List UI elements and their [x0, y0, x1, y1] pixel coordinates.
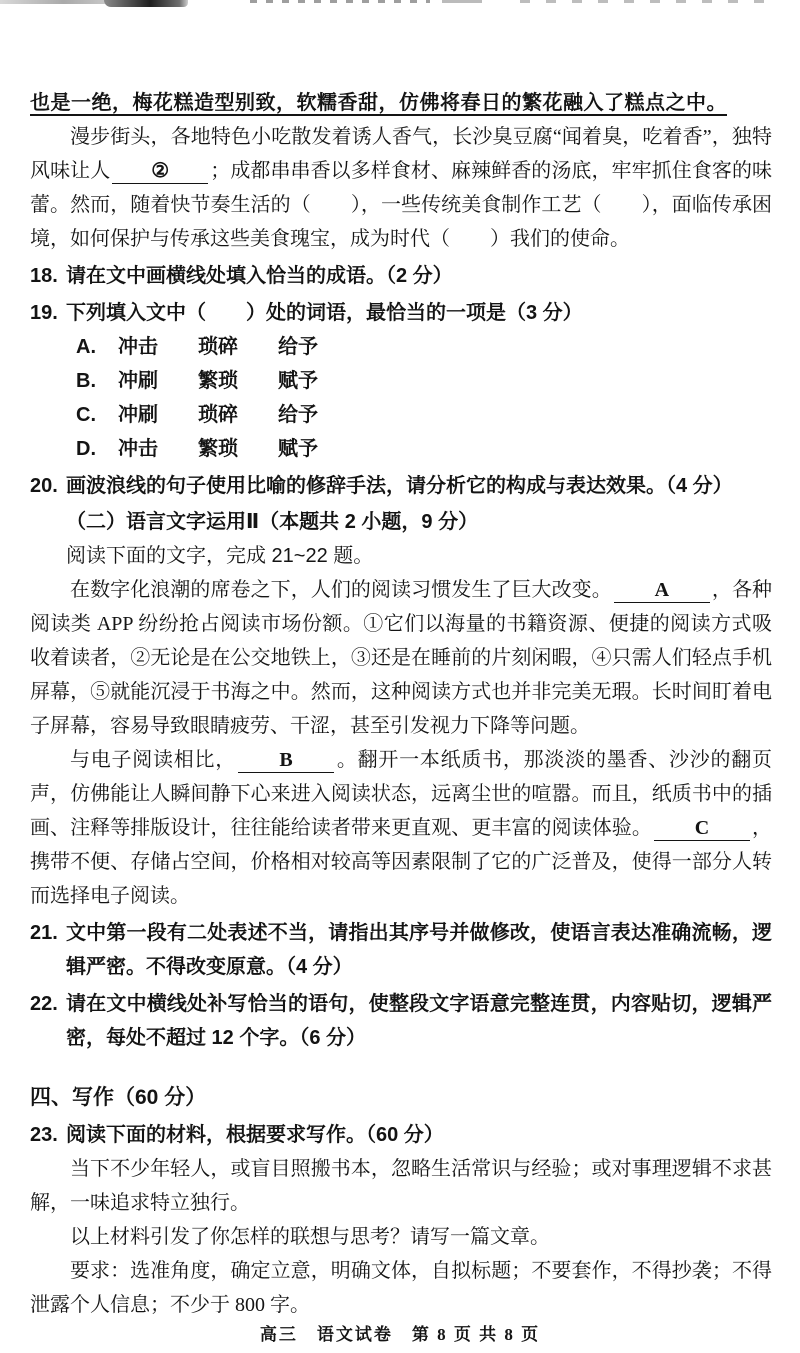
- option-a-word-1: 冲击: [118, 330, 198, 364]
- food-passage-paragraph: 漫步街头，各地特色小吃散发着诱人香气，长沙臭豆腐“闻着臭，吃着香”，独特风味让人…: [30, 120, 772, 256]
- section-2-heading: （二）语言文字运用Ⅱ（本题共 2 小题，9 分）: [30, 505, 772, 539]
- question-21: 21. 文中第一段有二处表述不当，请指出其序号并做修改，使语言表达准确流畅，逻辑…: [30, 916, 772, 984]
- question-19-text: 下列填入文中（ ）处的词语，最恰当的一项是（3 分）: [66, 296, 772, 330]
- question-23: 23. 阅读下面的材料，根据要求写作。（60 分）: [30, 1118, 772, 1152]
- page-footer: 高三 语文试卷 第 8 页 共 8 页: [0, 1320, 800, 1345]
- question-18: 18. 请在文中画横线处填入恰当的成语。（2 分）: [30, 259, 772, 293]
- scan-smudge: [104, 0, 188, 7]
- option-a-label: A.: [76, 330, 118, 364]
- option-row-a: A. 冲击 琐碎 给予: [30, 330, 772, 364]
- question-19-options: A. 冲击 琐碎 给予 B. 冲刷 繁琐 赋予 C. 冲刷 琐碎 给予 D. 冲…: [30, 330, 772, 466]
- option-row-b: B. 冲刷 繁琐 赋予: [30, 364, 772, 398]
- exam-page-content: 也是一绝，梅花糕造型别致，软糯香甜，仿佛将春日的繁花融入了糕点之中。 漫步街头，…: [0, 0, 800, 1322]
- option-c-word-1: 冲刷: [118, 398, 198, 432]
- essay-requirements-paragraph: 要求：选准角度，确定立意，明确文体，自拟标题；不要套作，不得抄袭；不得泄露个人信…: [30, 1254, 772, 1322]
- question-18-number: 18.: [30, 259, 66, 293]
- option-c-label: C.: [76, 398, 118, 432]
- question-22-text: 请在文中横线处补写恰当的语句，使整段文字语意完整连贯，内容贴切，逻辑严密，每处不…: [66, 987, 772, 1055]
- scan-smudge: [250, 0, 430, 3]
- option-d-word-3: 赋予: [278, 432, 358, 466]
- option-row-d: D. 冲击 繁琐 赋予: [30, 432, 772, 466]
- scan-smudge: [520, 0, 765, 3]
- question-23-text: 阅读下面的材料，根据要求写作。（60 分）: [66, 1118, 772, 1152]
- question-20-text: 画波浪线的句子使用比喻的修辞手法，请分析它的构成与表达效果。（4 分）: [66, 469, 772, 503]
- question-22-number: 22.: [30, 987, 66, 1055]
- scan-smudge: [0, 0, 106, 4]
- option-d-label: D.: [76, 432, 118, 466]
- question-21-text: 文中第一段有二处表述不当，请指出其序号并做修改，使语言表达准确流畅，逻辑严密。不…: [66, 916, 772, 984]
- question-21-number: 21.: [30, 916, 66, 984]
- essay-prompt-paragraph: 以上材料引发了你怎样的联想与思考？请写一篇文章。: [30, 1220, 772, 1254]
- blank-c: C: [654, 816, 750, 841]
- option-a-word-2: 琐碎: [198, 330, 278, 364]
- question-20-number: 20.: [30, 469, 66, 503]
- question-19: 19. 下列填入文中（ ）处的词语，最恰当的一项是（3 分）: [30, 296, 772, 330]
- question-23-number: 23.: [30, 1118, 66, 1152]
- option-a-word-3: 给予: [278, 330, 358, 364]
- essay-material-paragraph: 当下不少年轻人，或盲目照搬书本，忽略生活常识与经验；或对事理逻辑不求甚解，一味追…: [30, 1152, 772, 1220]
- digital-reading-text: 在数字化浪潮的席卷之下，人们的阅读习惯发生了巨大改变。: [70, 579, 612, 601]
- blank-a: A: [614, 578, 710, 603]
- option-d-word-1: 冲击: [118, 432, 198, 466]
- option-row-c: C. 冲刷 琐碎 给予: [30, 398, 772, 432]
- option-b-word-2: 繁琐: [198, 364, 278, 398]
- reading-instruction: 阅读下面的文字，完成 21~22 题。: [30, 539, 772, 573]
- question-22: 22. 请在文中横线处补写恰当的语句，使整段文字语意完整连贯，内容贴切，逻辑严密…: [30, 987, 772, 1055]
- scan-artifact-strip: [0, 0, 800, 12]
- option-b-word-3: 赋予: [278, 364, 358, 398]
- option-c-word-2: 琐碎: [198, 398, 278, 432]
- scan-smudge: [442, 0, 482, 3]
- underlined-sentence: 也是一绝，梅花糕造型别致，软糯香甜，仿佛将春日的繁花融入了糕点之中。: [30, 86, 772, 120]
- blank-circled-2: ②: [112, 159, 208, 184]
- option-b-label: B.: [76, 364, 118, 398]
- digital-reading-paragraph: 在数字化浪潮的席卷之下，人们的阅读习惯发生了巨大改变。A，各种阅读类 APP 纷…: [30, 573, 772, 743]
- question-19-number: 19.: [30, 296, 66, 330]
- question-18-text: 请在文中画横线处填入恰当的成语。（2 分）: [66, 259, 772, 293]
- option-c-word-3: 给予: [278, 398, 358, 432]
- section-4-heading: 四、写作（60 分）: [30, 1081, 772, 1115]
- paper-reading-paragraph: 与电子阅读相比，B。翻开一本纸质书，那淡淡的墨香、沙沙的翻页声，仿佛能让人瞬间静…: [30, 743, 772, 913]
- blank-b: B: [238, 748, 334, 773]
- paper-reading-text: 与电子阅读相比，: [70, 749, 236, 771]
- question-20: 20. 画波浪线的句子使用比喻的修辞手法，请分析它的构成与表达效果。（4 分）: [30, 469, 772, 503]
- option-d-word-2: 繁琐: [198, 432, 278, 466]
- option-b-word-1: 冲刷: [118, 364, 198, 398]
